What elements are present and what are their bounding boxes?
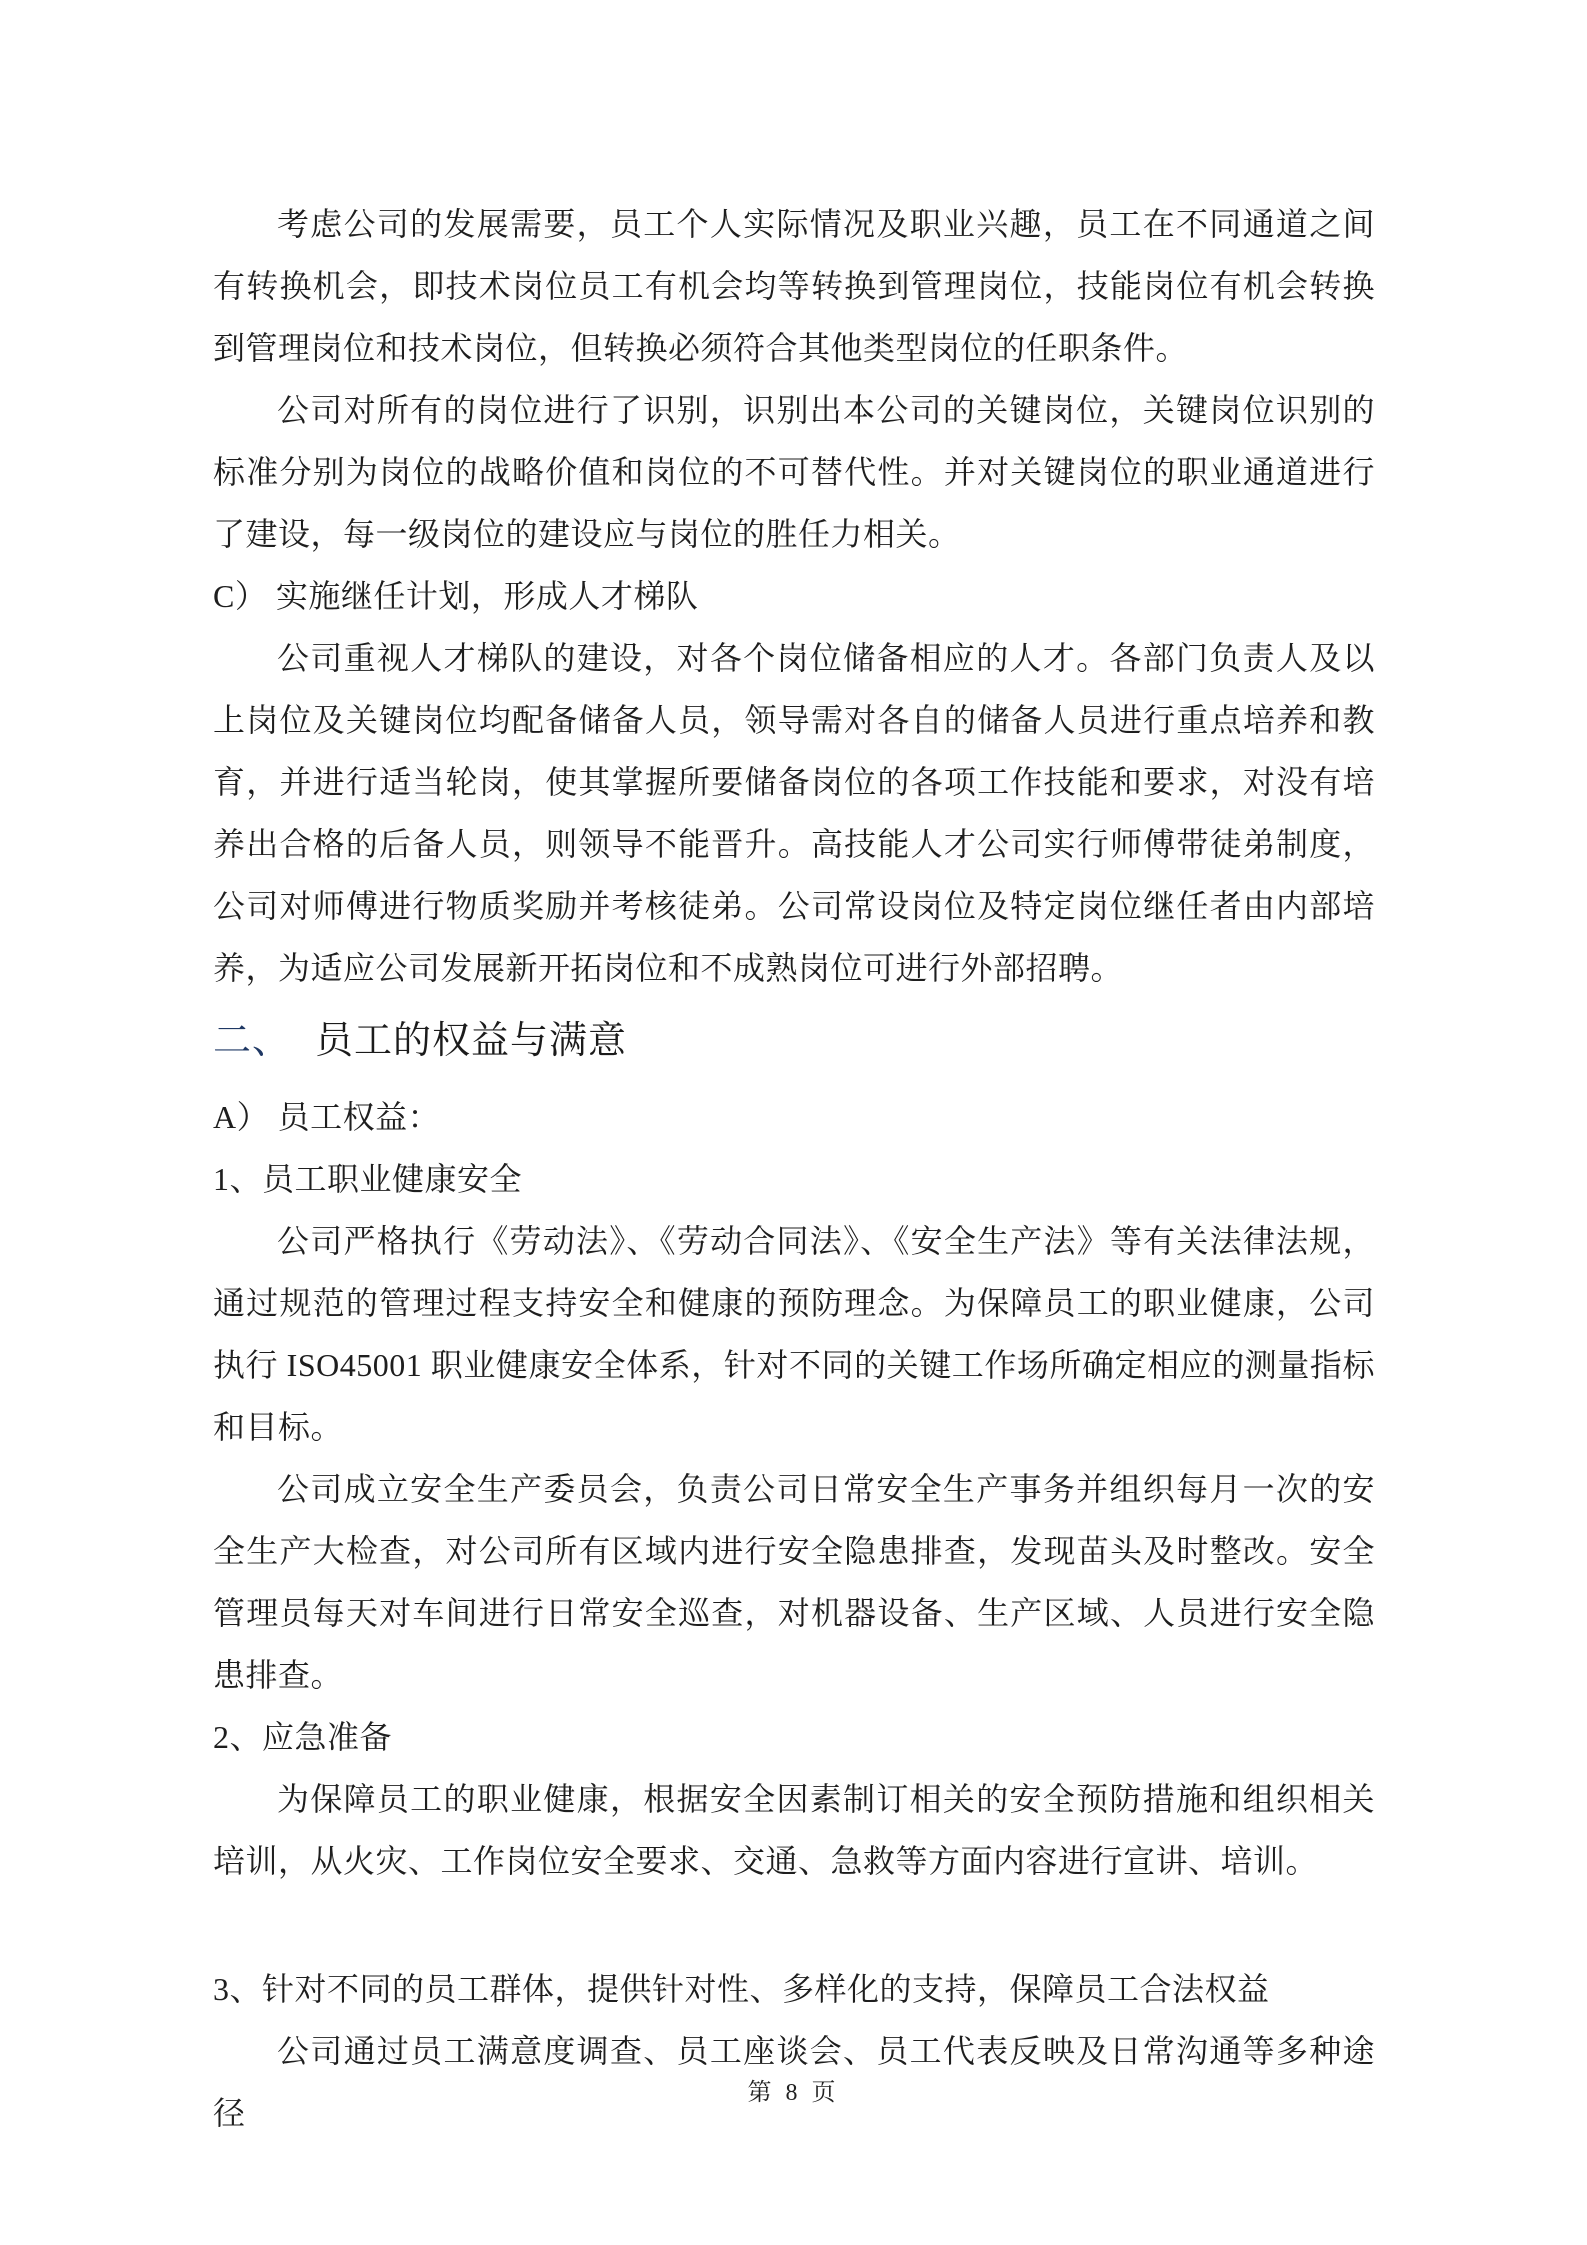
list-item-a-employee-rights: A） 员工权益： <box>213 1086 1375 1148</box>
blank-line <box>213 1892 1375 1958</box>
page-number: 第 8 页 <box>748 2080 840 2106</box>
section-title: 员工的权益与满意 <box>315 1020 627 1062</box>
document-page: { "colors": { "heading_accent": "#1f3864… <box>0 0 1587 2245</box>
paragraph-career-channel: 考虑公司的发展需要，员工个人实际情况及职业兴趣，员工在不同通道之间有转换机会，即… <box>213 193 1375 379</box>
paragraph-labor-law-iso: 公司严格执行《劳动法》、《劳动合同法》、《安全生产法》等有关法律法规，通过规范的… <box>213 1210 1375 1458</box>
paragraph-emergency-training: 为保障员工的职业健康，根据安全因素制订相关的安全预防措施和组织相关培训，从火灾、… <box>213 1768 1375 1892</box>
paragraph-talent-pipeline: 公司重视人才梯队的建设，对各个岗位储备相应的人才。各部门负责人及以上岗位及关键岗… <box>213 627 1375 999</box>
page-footer: 第 8 页 <box>0 2078 1587 2108</box>
section-number: 二、 <box>213 1020 291 1062</box>
paragraph-key-positions: 公司对所有的岗位进行了识别，识别出本公司的关键岗位，关键岗位识别的标准分别为岗位… <box>213 379 1375 565</box>
list-item-c-succession-plan: C） 实施继任计划，形成人才梯队 <box>213 565 1375 627</box>
list-item-1-occupational-health: 1、员工职业健康安全 <box>213 1148 1375 1210</box>
document-body: 考虑公司的发展需要，员工个人实际情况及职业兴趣，员工在不同通道之间有转换机会，即… <box>213 193 1375 2144</box>
list-item-3-employee-groups: 3、针对不同的员工群体，提供针对性、多样化的支持，保障员工合法权益 <box>213 1958 1375 2020</box>
paragraph-safety-committee: 公司成立安全生产委员会，负责公司日常安全生产事务并组织每月一次的安全生产大检查，… <box>213 1458 1375 1706</box>
section-heading: 二、员工的权益与满意 <box>213 1005 1375 1077</box>
list-item-2-emergency-preparedness: 2、应急准备 <box>213 1706 1375 1768</box>
